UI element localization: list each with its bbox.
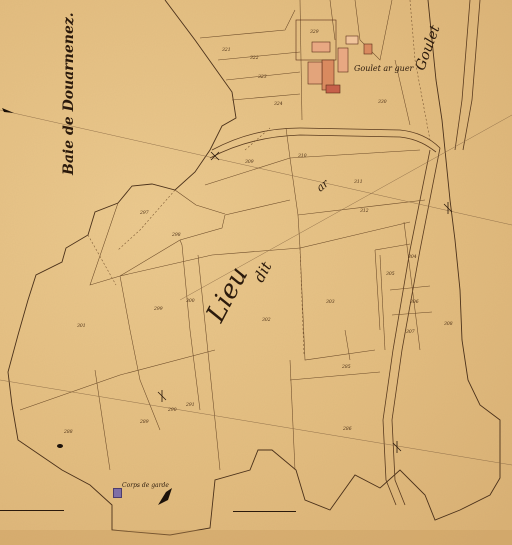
locality-label: Goulet ar guer <box>354 64 413 73</box>
parcel-number[interactable]: 324 <box>274 102 283 107</box>
parcel-number[interactable]: 322 <box>250 56 259 61</box>
paper-edge <box>0 530 512 545</box>
parcel-number[interactable]: 306 <box>410 300 419 305</box>
scale-bar-left <box>0 510 64 511</box>
parcel-number[interactable]: 297 <box>140 211 149 216</box>
bay-label: Baie de Douarnenez. <box>61 25 77 175</box>
guard-post-icon[interactable] <box>113 488 122 498</box>
parcel-number[interactable]: 309 <box>245 160 254 165</box>
parcel-number[interactable]: 310 <box>298 154 307 159</box>
parcel-number[interactable]: 290 <box>168 408 177 413</box>
guard-post-label: Corps de garde <box>122 482 169 489</box>
parcel-number[interactable]: 301 <box>77 324 86 329</box>
parcel-number[interactable]: 304 <box>408 255 417 260</box>
parcel-number[interactable]: 321 <box>222 48 231 53</box>
parcel-number[interactable]: 299 <box>154 307 163 312</box>
cadastral-map[interactable]: Baie de Douarnenez. Goulet ar guer Goule… <box>0 0 512 545</box>
scale-bar-center <box>233 511 296 512</box>
parcel-number[interactable]: 329 <box>310 30 319 35</box>
parcel-number[interactable]: 302 <box>262 318 271 323</box>
parcel-number[interactable]: 288 <box>64 430 73 435</box>
parcel-number[interactable]: 311 <box>354 180 363 185</box>
parcel-number[interactable]: 323 <box>258 75 267 80</box>
parcel-number[interactable]: 289 <box>140 420 149 425</box>
parcel-number[interactable]: 330 <box>378 100 387 105</box>
parcel-number[interactable]: 308 <box>444 322 453 327</box>
parcel-number[interactable]: 285 <box>342 365 351 370</box>
parcel-number[interactable]: 286 <box>343 427 352 432</box>
parcel-number[interactable]: 303 <box>326 300 335 305</box>
parcel-number[interactable]: 305 <box>386 272 395 277</box>
parcel-number[interactable]: 312 <box>360 209 369 214</box>
parcel-number[interactable]: 300 <box>186 299 195 304</box>
parcel-number[interactable]: 307 <box>406 330 415 335</box>
parcel-number[interactable]: 291 <box>186 403 195 408</box>
parcel-number[interactable]: 298 <box>172 233 181 238</box>
